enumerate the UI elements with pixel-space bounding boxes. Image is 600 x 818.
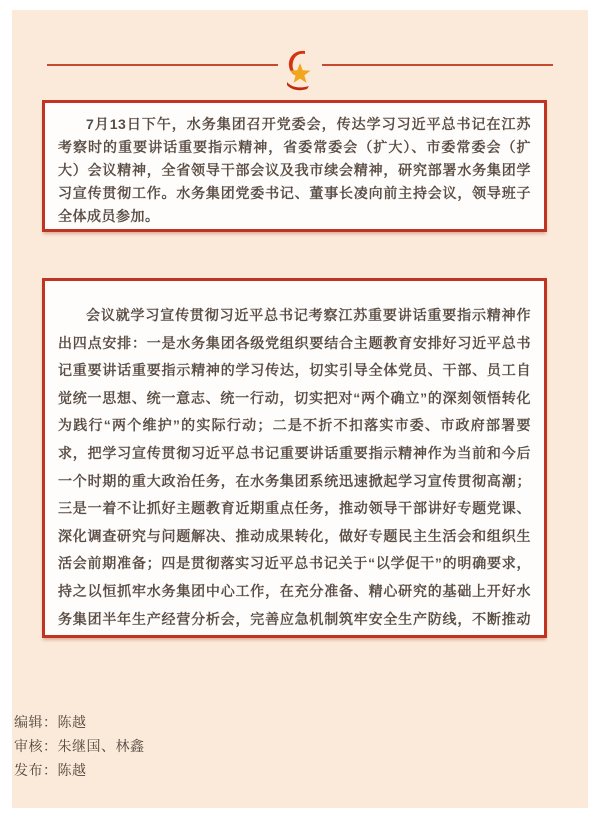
details-box: 会议就学习宣传贯彻习近平总书记考察江苏重要讲话重要指示精神作出四点安排：一是水务… xyxy=(42,278,547,638)
star-swoosh-logo-icon xyxy=(278,48,322,92)
review-credit: 审核：朱继国、林鑫 xyxy=(14,734,145,758)
summary-paragraph: 7月13日下午，水务集团召开党委会，传达学习习近平总书记在江苏考察时的重要讲话重… xyxy=(58,113,531,228)
editor-credit: 编辑：陈越 xyxy=(14,710,145,734)
publish-credit: 发布：陈越 xyxy=(14,758,145,782)
credits-footer: 编辑：陈越 审核：朱继国、林鑫 发布：陈越 xyxy=(14,710,145,782)
details-paragraph: 会议就学习宣传贯彻习近平总书记考察江苏重要讲话重要指示精神作出四点安排：一是水务… xyxy=(58,302,531,638)
summary-box: 7月13日下午，水务集团召开党委会，传达学习习近平总书记在江苏考察时的重要讲话重… xyxy=(42,100,547,232)
article-panel: 7月13日下午，水务集团召开党委会，传达学习习近平总书记在江苏考察时的重要讲话重… xyxy=(12,10,588,808)
